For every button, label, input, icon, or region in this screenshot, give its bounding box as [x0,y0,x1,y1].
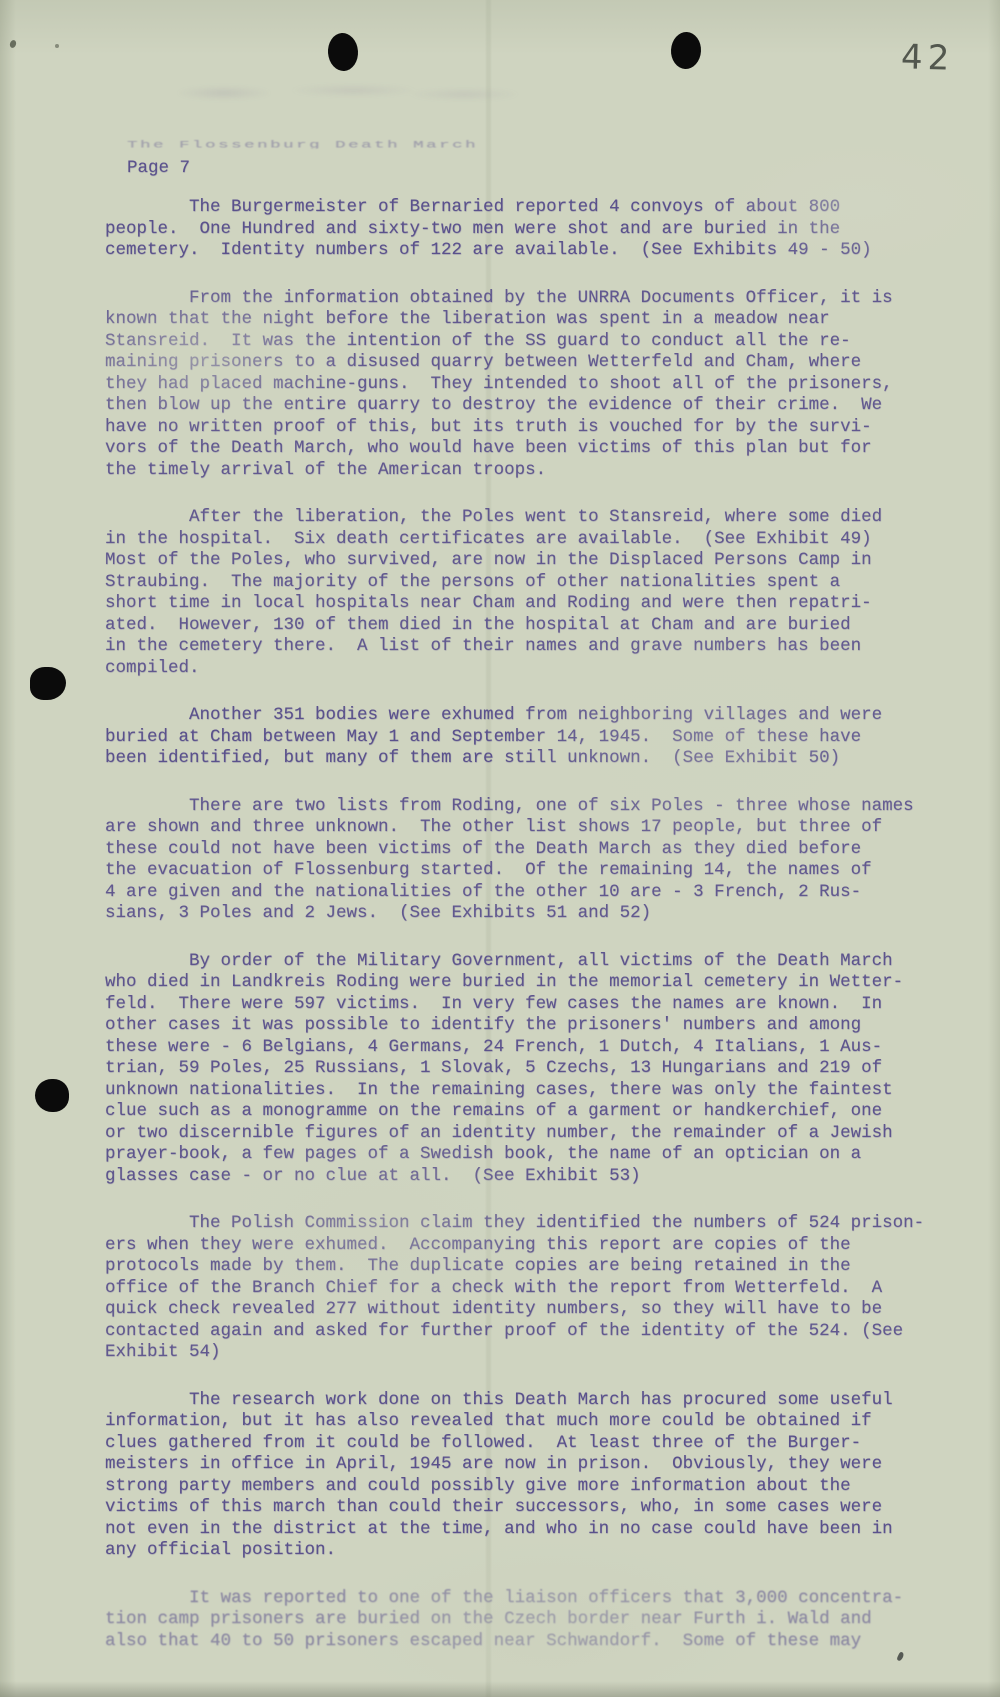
document-body: The Burgermeister of Bernaried reported … [105,197,965,1678]
paragraph-7: The Polish Commission claim they identif… [105,1213,965,1364]
hole-punch-icon [670,31,702,70]
paragraph-9: It was reported to one of the liaison of… [105,1588,965,1653]
page-label: Page 7 [127,158,190,180]
faded-header-line: The Flossenburg Death March [127,139,687,149]
ink-transfer-smudge [150,80,520,106]
paragraph-4: Another 351 bodies were exhumed from nei… [105,705,965,770]
document-page: 42 The Flossenburg Death March Page 7 Th… [0,0,1000,1697]
hole-punch-icon [327,32,360,72]
paragraph-1: The Burgermeister of Bernaried reported … [105,197,965,262]
hole-punch-icon [30,667,66,700]
paragraph-8: The research work done on this Death Mar… [105,1390,965,1562]
paper-speck [9,39,17,49]
paragraph-3: After the liberation, the Poles went to … [105,507,965,679]
paragraph-2: From the information obtained by the UNR… [105,288,965,482]
hole-punch-icon [35,1079,69,1112]
scan-page-number: 42 [900,37,954,78]
paragraph-5: There are two lists from Roding, one of … [105,796,965,925]
paper-speck [55,44,59,48]
paragraph-6: By order of the Military Government, all… [105,951,965,1188]
